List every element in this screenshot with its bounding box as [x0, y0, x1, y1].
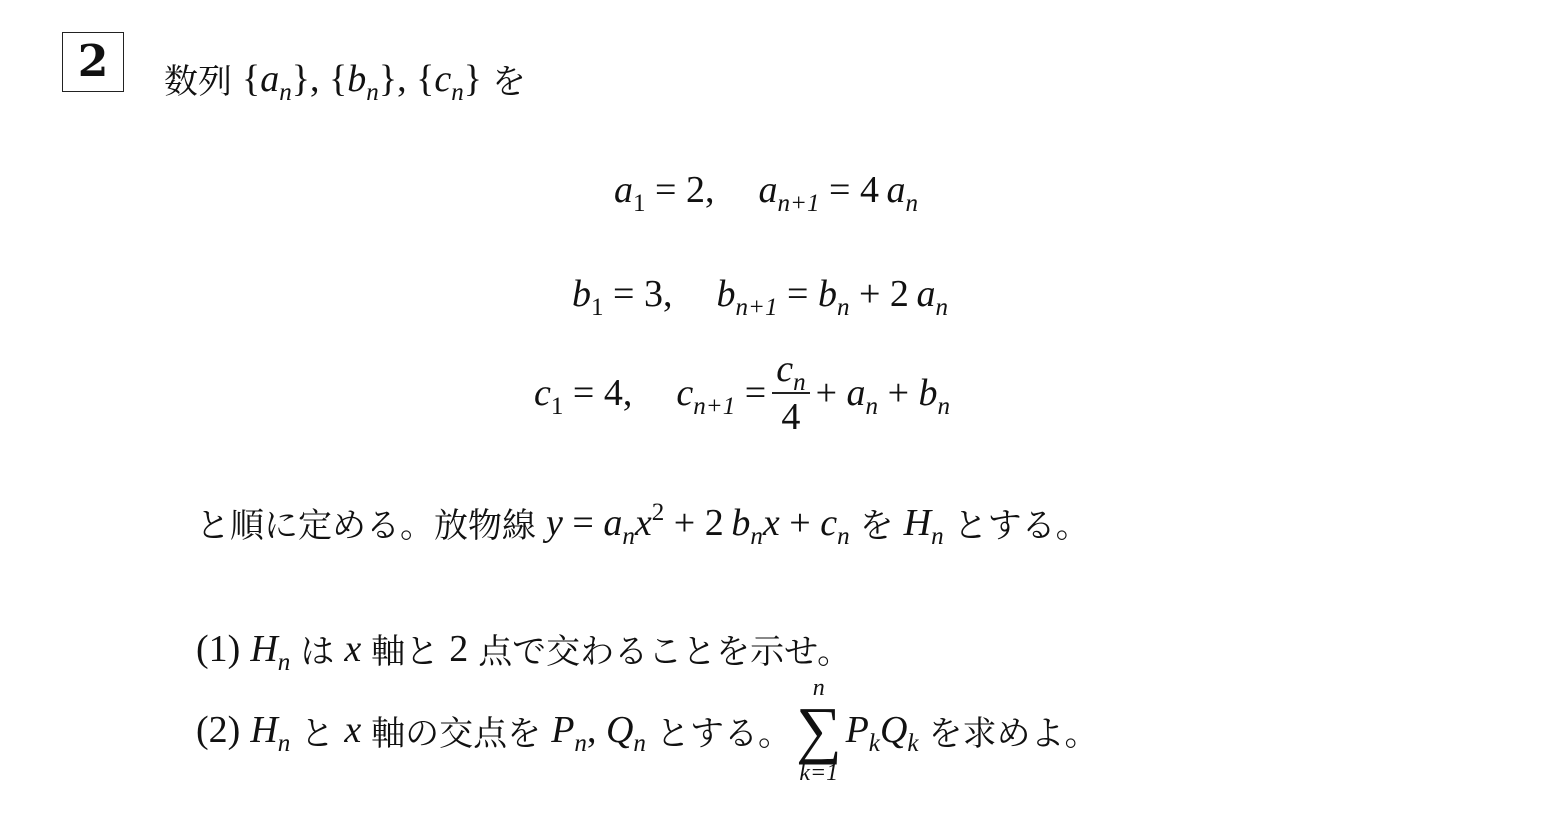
problem-number: 2	[78, 40, 109, 84]
definition-a: a1 = 2,an+1 = 4 an	[614, 168, 918, 212]
summation: n ∑ k=1	[796, 676, 842, 785]
intro-prefix: 数列	[164, 54, 232, 103]
problem-number-box: 2	[62, 32, 124, 92]
intro-suffix: を	[492, 54, 526, 103]
parabola-statement: と順に定める。放物線 y = anx2 + 2 bnx + cn を Hn とす…	[196, 498, 1090, 547]
fraction-cn-over-4: cn 4	[772, 350, 809, 436]
question-1: (1) Hn は x 軸と 2 点で交わることを示せ。	[196, 624, 851, 673]
question-label: (1)	[196, 627, 240, 671]
question-label: (2)	[196, 708, 240, 752]
definition-b: b1 = 3,bn+1 = bn + 2 an	[572, 272, 948, 316]
question-2: (2) Hn と x 軸の交点を Pn, Qn とする。 n ∑ k=1 PkQ…	[196, 676, 1099, 785]
sigma-symbol: ∑	[796, 700, 842, 761]
definition-c: c1 = 4,cn+1 = cn 4 + an + bn	[534, 350, 950, 436]
intro-line: 数列 {an}, {bn}, {cn} を	[164, 54, 526, 103]
sequence-list: {an}, {bn}, {cn}	[242, 57, 482, 101]
parabola-equation: y = anx2 + 2 bnx + cn	[546, 501, 850, 545]
